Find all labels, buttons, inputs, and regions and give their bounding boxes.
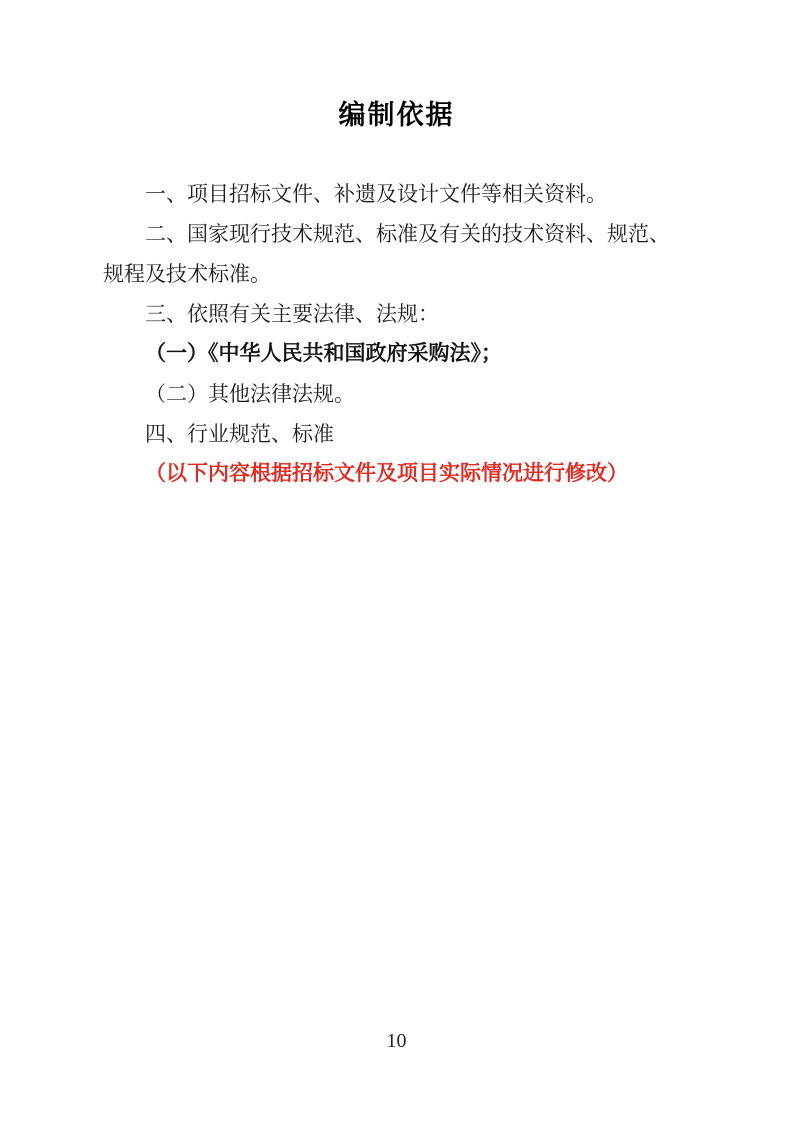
body-line-5: （二）其他法律法规。: [103, 374, 675, 414]
document-body: 一、项目招标文件、补遗及设计文件等相关资料。 二、国家现行技术规范、标准及有关的…: [0, 174, 793, 494]
document-title: 编制依据: [0, 0, 793, 130]
body-line-3: 三、依照有关主要法律、法规：: [103, 294, 675, 334]
document-page: 编制依据 一、项目招标文件、补遗及设计文件等相关资料。 二、国家现行技术规范、标…: [0, 0, 793, 1122]
red-note-line: （以下内容根据招标文件及项目实际情况进行修改）: [103, 454, 675, 494]
body-line-2-continuation: 规程及技术标准。: [103, 254, 675, 294]
body-line-6: 四、行业规范、标准: [103, 414, 675, 454]
law-citation-line: （一）《中华人民共和国政府采购法》；: [103, 334, 675, 374]
body-line-1: 一、项目招标文件、补遗及设计文件等相关资料。: [103, 174, 675, 214]
body-line-2: 二、国家现行技术规范、标准及有关的技术资料、规范、: [103, 214, 675, 254]
page-number: 10: [0, 1028, 793, 1054]
